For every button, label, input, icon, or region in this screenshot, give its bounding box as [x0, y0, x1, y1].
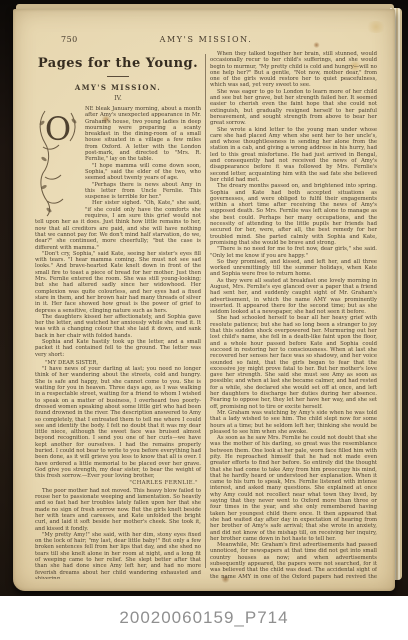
paragraph: The dreary months passed on, and brighte…: [210, 183, 377, 246]
text-columns: Pages for the Young. AMY'S MISSION. IV.: [35, 51, 377, 579]
scan-footer: 20020060159_P714: [0, 596, 408, 640]
archive-number: 20020060159_P714: [119, 608, 288, 628]
paragraph: She had schooled herself to bear all her…: [210, 315, 377, 409]
paragraph: As soon as he saw Mrs. Fernlie he could …: [210, 435, 377, 542]
article-title: AMY'S MISSION.: [35, 83, 201, 92]
page-number: 750: [61, 35, 78, 44]
scanned-book-photo: 750 AMY'S MISSION. Pages for the Young. …: [0, 0, 408, 640]
paragraph: As they were all seated at breakfast one…: [210, 278, 377, 316]
left-column: Pages for the Young. AMY'S MISSION. IV.: [35, 51, 201, 579]
chapter-number: IV.: [35, 95, 201, 102]
paragraph: The daughters kissed her affectionately,…: [35, 314, 201, 339]
right-column: When they talked together her brain, sti…: [210, 51, 377, 579]
book-page: 750 AMY'S MISSION. Pages for the Young. …: [13, 9, 395, 591]
quoted-letter: "MY DEAR SISTER, "I have news of your da…: [35, 360, 201, 486]
running-header: 750 AMY'S MISSION.: [35, 35, 377, 49]
column-divider: [205, 54, 206, 568]
letter-body: "I have news of your darling at last; yo…: [35, 366, 201, 479]
letter-signature: "CHARLES FERNLIE.": [35, 480, 201, 486]
paragraph: Mr. Graham was watching by Amy's side wh…: [210, 410, 377, 435]
paragraph: She wrote a kind letter to the young man…: [210, 127, 377, 184]
paragraph: "Don't cry, Sophia," said Kate, seeing h…: [35, 251, 201, 314]
paragraph: So they promised, and kissed, and left h…: [210, 259, 377, 278]
paragraph: "There is no need for me to fret now, de…: [210, 246, 377, 259]
svg-text:O: O: [45, 110, 71, 148]
section-heading: Pages for the Young.: [35, 56, 201, 71]
paragraph-text: NE bleak January morning, about a month …: [85, 106, 201, 162]
running-head: AMY'S MISSION.: [35, 35, 377, 44]
paragraph: O NE bleak January morning, about a mont…: [35, 106, 201, 163]
heading-rule: [107, 76, 129, 77]
paragraph: The poor mother had not moved. This heav…: [35, 488, 201, 532]
paragraph: She was eager to go to London to learn m…: [210, 89, 377, 127]
paragraph: "My pretty Amy!" she said, with her dim,…: [35, 532, 201, 579]
paragraph: When they talked together her brain, sti…: [210, 51, 377, 89]
paragraph: Sophia and Kate hastily took up the lett…: [35, 339, 201, 358]
ornamental-initial-icon: O: [35, 107, 81, 217]
paragraph: Meanwhile, Mr. Graham's first advertisem…: [210, 542, 377, 579]
